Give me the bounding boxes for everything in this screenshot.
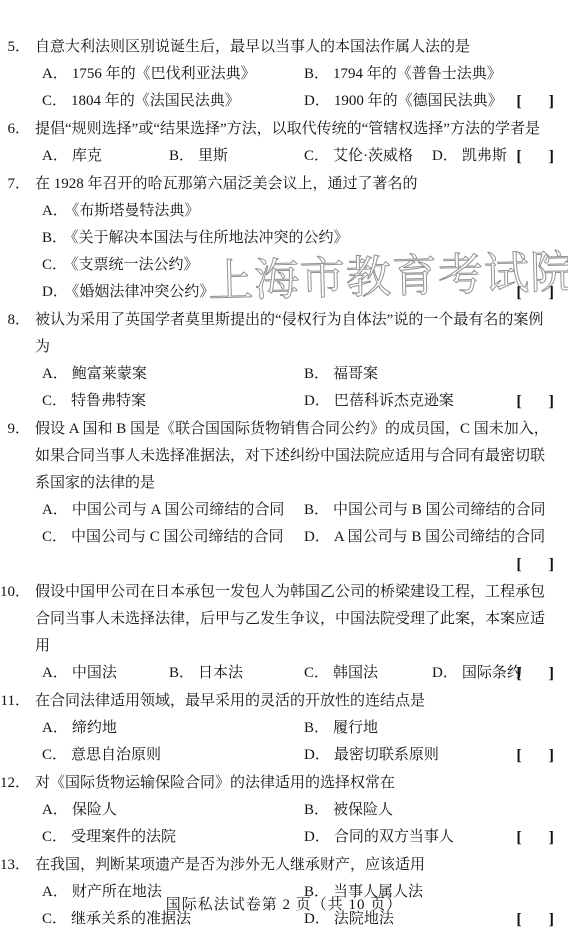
option-text: 意思自治原则 bbox=[71, 747, 161, 763]
bracket-close: ] bbox=[549, 393, 554, 410]
question-6: 6． 提倡“规则选择”或“结果选择”方法，以取代传统的“管辖权选择”方法的学者是… bbox=[0, 116, 568, 170]
options: A．1756 年的《巴伐利亚法典》 B．1794 年的《普鲁士法典》 C．180… bbox=[0, 61, 568, 115]
question-number: 7． bbox=[0, 171, 30, 198]
option-label: D． bbox=[304, 747, 330, 763]
question-number: 12． bbox=[0, 770, 30, 797]
option-label: B． bbox=[304, 720, 329, 736]
question-stem: 9． 假设 A 国和 B 国是《联合国国际货物销售合同公约》的成员国，C 国未加… bbox=[0, 416, 568, 497]
questions-area: 5． 自意大利法则区别说诞生后，最早以当事人的本国法作属人法的是 A．1756 … bbox=[0, 34, 568, 934]
option-c: C．韩国法 bbox=[304, 660, 432, 687]
bracket-open: [ bbox=[516, 88, 521, 115]
options: A．《布斯塔曼特法典》 B．《关于解决本国法与住所地法冲突的公约》 C．《支票统… bbox=[0, 198, 568, 306]
option-text: 最密切联系原则 bbox=[334, 747, 439, 763]
bracket-close: ] bbox=[549, 665, 554, 682]
answer-bracket: [] bbox=[0, 551, 568, 578]
question-text: 在我国，判断某项遗产是否为涉外无人继承财产，应该适用 bbox=[30, 852, 568, 879]
bracket-open: [ bbox=[516, 824, 521, 851]
option-c: C．《支票统一法公约》 bbox=[42, 252, 558, 279]
option-text: 国际条约 bbox=[462, 665, 522, 681]
option-label: D． bbox=[304, 529, 330, 545]
bracket-open: [ bbox=[516, 143, 521, 170]
option-text: 韩国法 bbox=[333, 665, 378, 681]
question-11: 11． 在合同法律适用领域，最早采用的灵活的开放性的连结点是 A．缔约地 B．履… bbox=[0, 688, 568, 769]
option-text: 凯弗斯 bbox=[462, 148, 507, 164]
option-label: A． bbox=[42, 502, 68, 518]
option-text: 缔约地 bbox=[72, 720, 117, 736]
question-stem: 10． 假设中国甲公司在日本承包一发包人为韩国乙公司的桥梁建设工程，工程承包合同… bbox=[0, 579, 568, 660]
option-label: C． bbox=[42, 747, 67, 763]
option-text: 《关于解决本国法与住所地法冲突的公约》 bbox=[71, 230, 349, 246]
option-text: 《婚姻法律冲突公约》 bbox=[72, 284, 215, 300]
question-text: 自意大利法则区别说诞生后，最早以当事人的本国法作属人法的是 bbox=[30, 34, 568, 61]
options: A．中国法 B．日本法 C．韩国法 D．国际条约 bbox=[0, 660, 568, 687]
option-c: C．中国公司与 C 国公司缔结的合同 bbox=[42, 524, 304, 551]
option-a: A．中国法 bbox=[42, 660, 169, 687]
option-a: A．鲍富莱蒙案 bbox=[42, 361, 304, 388]
option-a: A．库克 bbox=[42, 143, 169, 170]
option-b: B．履行地 bbox=[304, 715, 558, 742]
option-c: C．1804 年的《法国民法典》 bbox=[42, 88, 304, 115]
option-label: B． bbox=[304, 66, 329, 82]
option-text: A 国公司与 B 国公司缔结的合同 bbox=[334, 529, 545, 545]
option-b: B．日本法 bbox=[169, 660, 304, 687]
question-stem: 5． 自意大利法则区别说诞生后，最早以当事人的本国法作属人法的是 bbox=[0, 34, 568, 61]
question-stem: 8． 被认为采用了英国学者莫里斯提出的“侵权行为自体法”说的一个最有名的案例为 bbox=[0, 307, 568, 361]
option-c: C．特鲁弗特案 bbox=[42, 388, 304, 415]
option-label: B． bbox=[304, 366, 329, 382]
option-label: B． bbox=[304, 502, 329, 518]
option-d: D．A 国公司与 B 国公司缔结的合同 bbox=[304, 524, 558, 551]
option-text: 1900 年的《德国民法典》 bbox=[334, 93, 503, 109]
bracket-open: [ bbox=[516, 660, 521, 687]
option-text: 1804 年的《法国民法典》 bbox=[71, 93, 240, 109]
options: A．保险人 B．被保险人 C．受理案件的法院 D．合同的双方当事人 bbox=[0, 797, 568, 851]
option-b: B．福哥案 bbox=[304, 361, 558, 388]
option-c: C．意思自治原则 bbox=[42, 742, 304, 769]
option-label: D． bbox=[42, 284, 68, 300]
question-stem: 12． 对《国际货物运输保险合同》的法律适用的选择权常在 bbox=[0, 770, 568, 797]
options: A．中国公司与 A 国公司缔结的合同 B．中国公司与 B 国公司缔结的合同 C．… bbox=[0, 497, 568, 551]
option-label: D． bbox=[432, 148, 458, 164]
option-label: B． bbox=[169, 148, 194, 164]
option-text: 库克 bbox=[72, 148, 102, 164]
answer-bracket: [] bbox=[516, 88, 554, 115]
option-text: 1756 年的《巴伐利亚法典》 bbox=[72, 66, 256, 82]
option-text: 特鲁弗特案 bbox=[71, 393, 146, 409]
option-label: A． bbox=[42, 148, 68, 164]
question-8: 8． 被认为采用了英国学者莫里斯提出的“侵权行为自体法”说的一个最有名的案例为 … bbox=[0, 307, 568, 415]
option-a: A．中国公司与 A 国公司缔结的合同 bbox=[42, 497, 304, 524]
question-stem: 11． 在合同法律适用领域，最早采用的灵活的开放性的连结点是 bbox=[0, 688, 568, 715]
option-text: 中国公司与 C 国公司缔结的合同 bbox=[71, 529, 284, 545]
question-text: 提倡“规则选择”或“结果选择”方法，以取代传统的“管辖权选择”方法的学者是 bbox=[30, 116, 568, 143]
bracket-close: ] bbox=[549, 829, 554, 846]
option-text: 保险人 bbox=[72, 802, 117, 818]
bracket-close: ] bbox=[549, 93, 554, 110]
question-number: 10． bbox=[0, 579, 30, 660]
question-stem: 7． 在 1928 年召开的哈瓦那第六届泛美会议上，通过了著名的 bbox=[0, 171, 568, 198]
options: A．缔约地 B．履行地 C．意思自治原则 D．最密切联系原则 bbox=[0, 715, 568, 769]
option-text: 《布斯塔曼特法典》 bbox=[72, 203, 200, 219]
exam-paper-page: 上海市教育考试院 5． 自意大利法则区别说诞生后，最早以当事人的本国法作属人法的… bbox=[0, 0, 568, 948]
question-text: 在合同法律适用领域，最早采用的灵活的开放性的连结点是 bbox=[30, 688, 568, 715]
option-b: B．《关于解决本国法与住所地法冲突的公约》 bbox=[42, 225, 558, 252]
bracket-open: [ bbox=[516, 742, 521, 769]
page-footer: 国际私法试卷第 2 页（共 10 页） bbox=[0, 893, 568, 914]
question-stem: 6． 提倡“规则选择”或“结果选择”方法，以取代传统的“管辖权选择”方法的学者是 bbox=[0, 116, 568, 143]
question-text: 对《国际货物运输保险合同》的法律适用的选择权常在 bbox=[30, 770, 568, 797]
option-text: 中国公司与 A 国公司缔结的合同 bbox=[72, 502, 285, 518]
question-10: 10． 假设中国甲公司在日本承包一发包人为韩国乙公司的桥梁建设工程，工程承包合同… bbox=[0, 579, 568, 687]
option-label: D． bbox=[432, 665, 458, 681]
option-b: B．里斯 bbox=[169, 143, 304, 170]
option-label: C． bbox=[304, 665, 329, 681]
question-number: 13． bbox=[0, 852, 30, 879]
option-text: 巴蓓科诉杰克逊案 bbox=[334, 393, 454, 409]
question-stem: 13． 在我国，判断某项遗产是否为涉外无人继承财产，应该适用 bbox=[0, 852, 568, 879]
option-label: B． bbox=[169, 665, 194, 681]
option-text: 中国法 bbox=[72, 665, 117, 681]
question-7: 7． 在 1928 年召开的哈瓦那第六届泛美会议上，通过了著名的 A．《布斯塔曼… bbox=[0, 171, 568, 306]
option-text: 履行地 bbox=[333, 720, 378, 736]
option-label: A． bbox=[42, 665, 68, 681]
option-label: C． bbox=[42, 393, 67, 409]
question-number: 6． bbox=[0, 116, 30, 143]
option-label: A． bbox=[42, 66, 68, 82]
option-text: 中国公司与 B 国公司缔结的合同 bbox=[333, 502, 546, 518]
option-b: B．中国公司与 B 国公司缔结的合同 bbox=[304, 497, 558, 524]
option-label: C． bbox=[42, 529, 67, 545]
answer-bracket: [] bbox=[516, 742, 554, 769]
option-text: 1794 年的《普鲁士法典》 bbox=[333, 66, 502, 82]
bracket-open: [ bbox=[516, 388, 521, 415]
option-label: D． bbox=[304, 93, 330, 109]
answer-bracket: [] bbox=[516, 660, 554, 687]
option-label: A． bbox=[42, 720, 68, 736]
answer-bracket: [] bbox=[516, 388, 554, 415]
option-text: 日本法 bbox=[198, 665, 243, 681]
option-b: B．1794 年的《普鲁士法典》 bbox=[304, 61, 558, 88]
option-text: 合同的双方当事人 bbox=[334, 829, 454, 845]
option-label: C． bbox=[42, 93, 67, 109]
option-text: 受理案件的法院 bbox=[71, 829, 176, 845]
option-b: B．被保险人 bbox=[304, 797, 558, 824]
option-text: 里斯 bbox=[198, 148, 228, 164]
bracket-open: [ bbox=[516, 551, 521, 578]
question-text: 在 1928 年召开的哈瓦那第六届泛美会议上，通过了著名的 bbox=[30, 171, 568, 198]
option-label: C． bbox=[304, 148, 329, 164]
answer-bracket: [] bbox=[516, 279, 554, 306]
question-number: 8． bbox=[0, 307, 30, 361]
option-c: C．艾伦·茨威格 bbox=[304, 143, 432, 170]
option-c: C．受理案件的法院 bbox=[42, 824, 304, 851]
option-label: C． bbox=[42, 257, 67, 273]
option-text: 被保险人 bbox=[333, 802, 393, 818]
bracket-close: ] bbox=[549, 148, 554, 165]
option-a: A．保险人 bbox=[42, 797, 304, 824]
question-text: 假设中国甲公司在日本承包一发包人为韩国乙公司的桥梁建设工程，工程承包合同当事人未… bbox=[30, 579, 568, 660]
question-5: 5． 自意大利法则区别说诞生后，最早以当事人的本国法作属人法的是 A．1756 … bbox=[0, 34, 568, 115]
answer-bracket: [] bbox=[516, 824, 554, 851]
option-a: A．缔约地 bbox=[42, 715, 304, 742]
option-label: B． bbox=[304, 802, 329, 818]
question-number: 5． bbox=[0, 34, 30, 61]
option-a: A．1756 年的《巴伐利亚法典》 bbox=[42, 61, 304, 88]
option-label: B． bbox=[42, 230, 67, 246]
option-a: A．《布斯塔曼特法典》 bbox=[42, 198, 558, 225]
option-label: D． bbox=[304, 393, 330, 409]
question-9: 9． 假设 A 国和 B 国是《联合国国际货物销售合同公约》的成员国，C 国未加… bbox=[0, 416, 568, 578]
option-label: C． bbox=[42, 829, 67, 845]
question-text: 被认为采用了英国学者莫里斯提出的“侵权行为自体法”说的一个最有名的案例为 bbox=[30, 307, 568, 361]
option-d: D．《婚姻法律冲突公约》 bbox=[42, 279, 558, 306]
bracket-close: ] bbox=[549, 284, 554, 301]
option-label: A． bbox=[42, 366, 68, 382]
option-label: A． bbox=[42, 802, 68, 818]
answer-bracket: [] bbox=[516, 143, 554, 170]
option-text: 福哥案 bbox=[333, 366, 378, 382]
bracket-close: ] bbox=[549, 556, 554, 573]
question-text: 假设 A 国和 B 国是《联合国国际货物销售合同公约》的成员国，C 国未加入，如… bbox=[30, 416, 568, 497]
options: A．鲍富莱蒙案 B．福哥案 C．特鲁弗特案 D．巴蓓科诉杰克逊案 bbox=[0, 361, 568, 415]
question-12: 12． 对《国际货物运输保险合同》的法律适用的选择权常在 A．保险人 B．被保险… bbox=[0, 770, 568, 851]
bracket-close: ] bbox=[549, 747, 554, 764]
option-text: 《支票统一法公约》 bbox=[71, 257, 199, 273]
question-number: 11． bbox=[0, 688, 30, 715]
option-text: 鲍富莱蒙案 bbox=[72, 366, 147, 382]
bracket-open: [ bbox=[516, 279, 521, 306]
options: A．库克 B．里斯 C．艾伦·茨威格 D．凯弗斯 bbox=[0, 143, 568, 170]
option-text: 艾伦·茨威格 bbox=[333, 148, 413, 164]
option-label: A． bbox=[42, 203, 68, 219]
option-label: D． bbox=[304, 829, 330, 845]
question-number: 9． bbox=[0, 416, 30, 497]
